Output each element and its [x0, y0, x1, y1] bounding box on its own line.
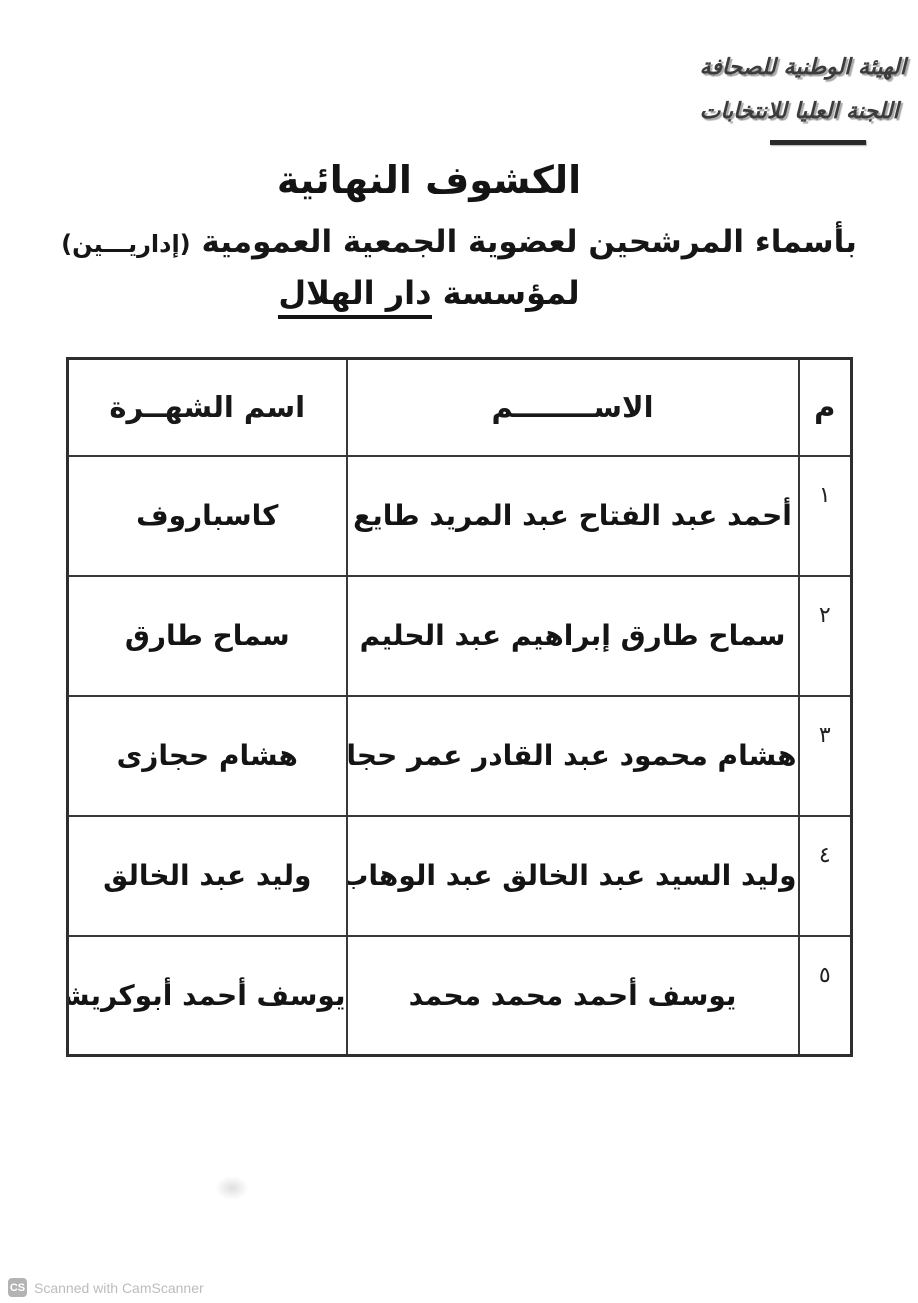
- header-name: الاســــــــم: [347, 359, 799, 456]
- camscanner-logo-icon: CS: [8, 1278, 27, 1297]
- subtitle-text: بأسماء المرشحين لعضوية الجمعية العمومية: [201, 224, 856, 260]
- stamp-underline: [770, 140, 866, 145]
- document-title: الكشوف النهائية: [0, 158, 918, 202]
- row-index: ١: [799, 456, 852, 576]
- row-name: سماح طارق إبراهيم عبد الحليم: [347, 576, 799, 696]
- stamp-line-1: الهيئة الوطنية للصحافة: [700, 46, 906, 90]
- org-name-underlined: دار الهلال: [278, 274, 431, 319]
- header-nickname: اسم الشهــرة: [68, 359, 347, 456]
- table-row: ٣ هشام محمود عبد القادر عمر حجازي هشام ح…: [68, 696, 852, 816]
- scan-smudge: [215, 1176, 249, 1200]
- table-row: ٤ وليد السيد عبد الخالق عبد الوهاب وليد …: [68, 816, 852, 936]
- row-name: يوسف أحمد محمد محمد: [347, 936, 799, 1056]
- table-header-row: م الاســــــــم اسم الشهــرة: [68, 359, 852, 456]
- candidates-table: م الاســــــــم اسم الشهــرة ١ أحمد عبد …: [66, 357, 853, 1057]
- camscanner-watermark-text: Scanned with CamScanner: [34, 1280, 204, 1296]
- row-name: أحمد عبد الفتاح عبد المريد طايع: [347, 456, 799, 576]
- org-prefix: لمؤسسة: [443, 274, 580, 312]
- table-row: ٥ يوسف أحمد محمد محمد يوسف أحمد أبوكريشة: [68, 936, 852, 1056]
- row-nickname: هشام حجازى: [68, 696, 347, 816]
- row-index: ٥: [799, 936, 852, 1056]
- row-name: هشام محمود عبد القادر عمر حجازي: [347, 696, 799, 816]
- row-index: ٣: [799, 696, 852, 816]
- document-subtitle: بأسماء المرشحين لعضوية الجمعية العمومية …: [0, 224, 918, 260]
- table-row: ١ أحمد عبد الفتاح عبد المريد طايع كاسبار…: [68, 456, 852, 576]
- organization-line: لمؤسسة دار الهلال: [0, 274, 858, 312]
- row-index: ٢: [799, 576, 852, 696]
- scanned-document-page: الهيئة الوطنية للصحافة اللجنة العليا للا…: [0, 0, 918, 1303]
- row-name: وليد السيد عبد الخالق عبد الوهاب: [347, 816, 799, 936]
- row-nickname: سماح طارق: [68, 576, 347, 696]
- camscanner-footer: CS Scanned with CamScanner: [8, 1278, 204, 1297]
- row-nickname: كاسباروف: [68, 456, 347, 576]
- row-nickname: يوسف أحمد أبوكريشة: [68, 936, 347, 1056]
- header-index: م: [799, 359, 852, 456]
- authority-stamp: الهيئة الوطنية للصحافة اللجنة العليا للا…: [700, 46, 906, 145]
- table-row: ٢ سماح طارق إبراهيم عبد الحليم سماح طارق: [68, 576, 852, 696]
- row-nickname: وليد عبد الخالق: [68, 816, 347, 936]
- stamp-line-2: اللجنة العليا للانتخابات: [700, 90, 906, 134]
- title-block: الكشوف النهائية بأسماء المرشحين لعضوية ا…: [0, 158, 918, 312]
- subtitle-parenthetical: (إداريـــين): [61, 230, 191, 258]
- row-index: ٤: [799, 816, 852, 936]
